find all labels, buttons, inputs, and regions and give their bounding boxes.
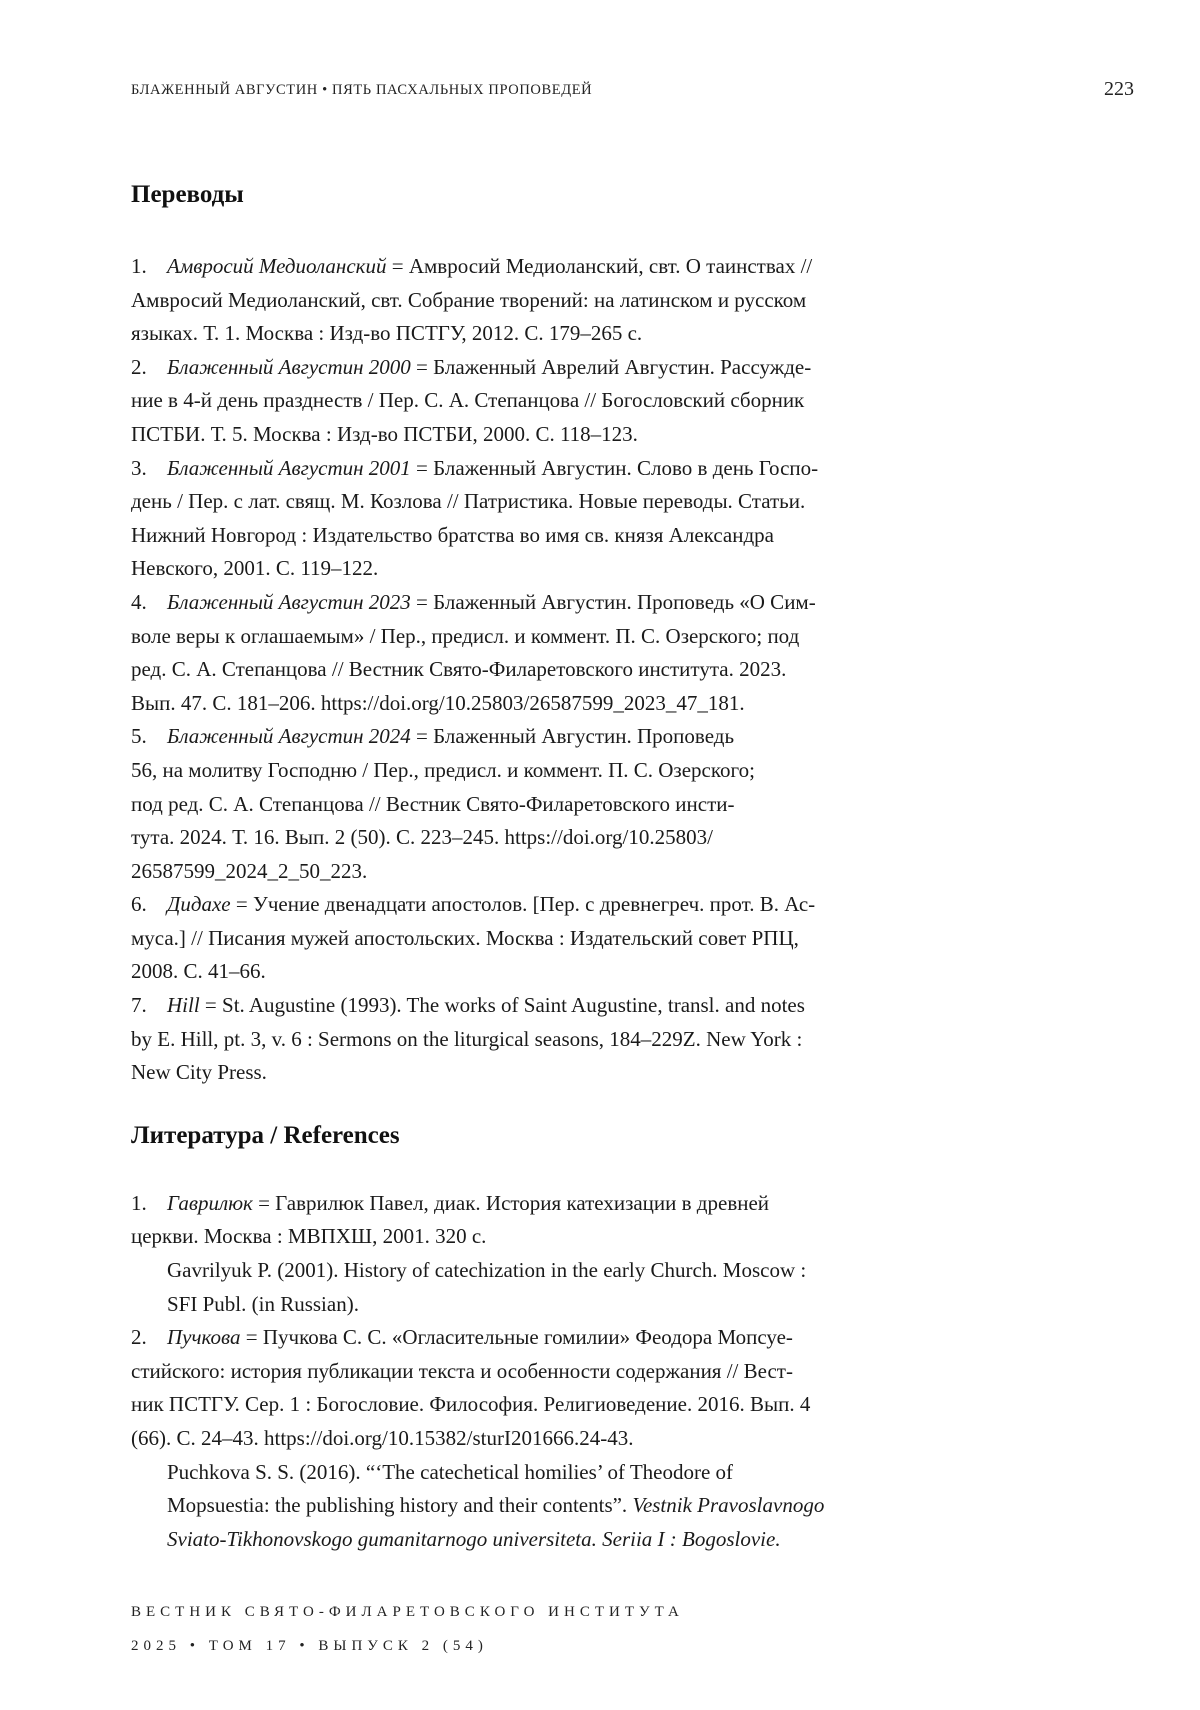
references-list: 1.Гаврилюк = Гаврилюк Павел, диак. Истор… [131,1187,941,1557]
entry-line: 4.Блаженный Августин 2023 = Блаженный Ав… [131,586,941,620]
entry-line: ред. С. А. Степанцова // Вестник Свято-Ф… [131,653,941,687]
journal-footer: ВЕСТНИК СВЯТО-ФИЛАРЕТОВСКОГО ИНСТИТУТА 2… [131,1595,684,1663]
entry-line: воле веры к оглашаемым» / Пер., предисл.… [131,620,941,654]
entry-short-key: Амвросий Медиоланский [167,254,387,278]
running-head: БЛАЖЕННЫЙ АВГУСТИН • ПЯТЬ ПАСХАЛЬНЫХ ПРО… [131,82,592,99]
entry-number: 3. [131,452,167,486]
translations-list: 1.Амвросий Медиоланский = Амвросий Медио… [131,250,941,1090]
translation-entry: 5.Блаженный Августин 2024 = Блаженный Ав… [131,720,941,888]
footer-journal-title: ВЕСТНИК СВЯТО-ФИЛАРЕТОВСКОГО ИНСТИТУТА [131,1595,684,1629]
entry-number: 2. [131,1321,167,1355]
entry-line: ние в 4-й день празднеств / Пер. С. А. С… [131,384,941,418]
entry-number: 4. [131,586,167,620]
entry-line: 2.Блаженный Августин 2000 = Блаженный Ав… [131,351,941,385]
entry-line: ник ПСТГУ. Сер. 1 : Богословие. Философи… [131,1388,941,1422]
entry-short-key: Блаженный Августин 2023 [167,590,411,614]
translation-entry: 2.Блаженный Августин 2000 = Блаженный Ав… [131,351,941,452]
entry-transliteration-line: Sviato-Tikhonovskogo gumanitarnogo unive… [131,1523,941,1557]
entry-number: 6. [131,888,167,922]
entry-short-key: Блаженный Августин 2001 [167,456,411,480]
entry-journal-title: Vestnik Pravoslavnogo [632,1493,824,1517]
entry-line: 2008. С. 41–66. [131,955,941,989]
translation-entry: 6.Дидахе = Учение двенадцати апостолов. … [131,888,941,989]
entry-transliteration-line: Mopsuestia: the publishing history and t… [131,1489,941,1523]
entry-transliteration-line: SFI Publ. (in Russian). [131,1288,941,1322]
entry-line: день / Пер. с лат. свящ. М. Козлова // П… [131,485,941,519]
entry-line: муса.] // Писания мужей апостольских. Мо… [131,922,941,956]
entry-number: 2. [131,351,167,385]
entry-transliteration-line: Puchkova S. S. (2016). “‘The catechetica… [131,1456,941,1490]
entry-transliteration-line: Gavrilyuk P. (2001). History of catechiz… [131,1254,941,1288]
entry-short-key: Пучкова [167,1325,241,1349]
reference-entry: 1.Гаврилюк = Гаврилюк Павел, диак. Истор… [131,1187,941,1321]
entry-number: 1. [131,1187,167,1221]
entry-line: стийского: история публикации текста и о… [131,1355,941,1389]
entry-line: (66). С. 24–43. https://doi.org/10.15382… [131,1422,941,1456]
entry-number: 7. [131,989,167,1023]
translation-entry: 1.Амвросий Медиоланский = Амвросий Медио… [131,250,941,351]
entry-line: под ред. С. А. Степанцова // Вестник Свя… [131,788,941,822]
page-content: Переводы 1.Амвросий Медиоланский = Амвро… [131,178,941,1556]
entry-short-key: Блаженный Августин 2000 [167,355,411,379]
references-heading: Литература / References [131,1119,941,1153]
entry-line: 26587599_2024_2_50_223. [131,855,941,889]
entry-line: Нижний Новгород : Издательство братства … [131,519,941,553]
page-number: 223 [1104,78,1134,101]
entry-short-key: Гаврилюк [167,1191,253,1215]
entry-line: 5.Блаженный Августин 2024 = Блаженный Ав… [131,720,941,754]
entry-journal-title: Sviato-Tikhonovskogo gumanitarnogo unive… [167,1527,781,1551]
entry-line: Невского, 2001. С. 119–122. [131,552,941,586]
entry-line: 6.Дидахе = Учение двенадцати апостолов. … [131,888,941,922]
entry-line: 2.Пучкова = Пучкова С. С. «Огласительные… [131,1321,941,1355]
entry-short-key: Дидахе [167,892,231,916]
entry-line: by E. Hill, pt. 3, v. 6 : Sermons on the… [131,1023,941,1057]
footer-issue-info: 2025 • ТОМ 17 • ВЫПУСК 2 (54) [131,1629,684,1663]
entry-short-key: Блаженный Августин 2024 [167,724,411,748]
entry-line: 1.Амвросий Медиоланский = Амвросий Медио… [131,250,941,284]
entry-line: 1.Гаврилюк = Гаврилюк Павел, диак. Истор… [131,1187,941,1221]
entry-number: 5. [131,720,167,754]
entry-line: Амвросий Медиоланский, свт. Собрание тво… [131,284,941,318]
translation-entry: 3.Блаженный Августин 2001 = Блаженный Ав… [131,452,941,586]
entry-line: ПСТБИ. Т. 5. Москва : Изд-во ПСТБИ, 2000… [131,418,941,452]
entry-line: языках. Т. 1. Москва : Изд-во ПСТГУ, 201… [131,317,941,351]
entry-line: 7.Hill = St. Augustine (1993). The works… [131,989,941,1023]
entry-line: New City Press. [131,1056,941,1090]
entry-line: Вып. 47. С. 181–206. https://doi.org/10.… [131,687,941,721]
entry-number: 1. [131,250,167,284]
translations-heading: Переводы [131,178,941,212]
translation-entry: 4.Блаженный Августин 2023 = Блаженный Ав… [131,586,941,720]
translation-entry: 7.Hill = St. Augustine (1993). The works… [131,989,941,1090]
entry-line: 3.Блаженный Августин 2001 = Блаженный Ав… [131,452,941,486]
reference-entry: 2.Пучкова = Пучкова С. С. «Огласительные… [131,1321,941,1556]
entry-short-key: Hill [167,993,200,1017]
entry-line: 56, на молитву Господню / Пер., предисл.… [131,754,941,788]
entry-line: тута. 2024. Т. 16. Вып. 2 (50). С. 223–2… [131,821,941,855]
entry-line: церкви. Москва : МВПХШ, 2001. 320 с. [131,1220,941,1254]
